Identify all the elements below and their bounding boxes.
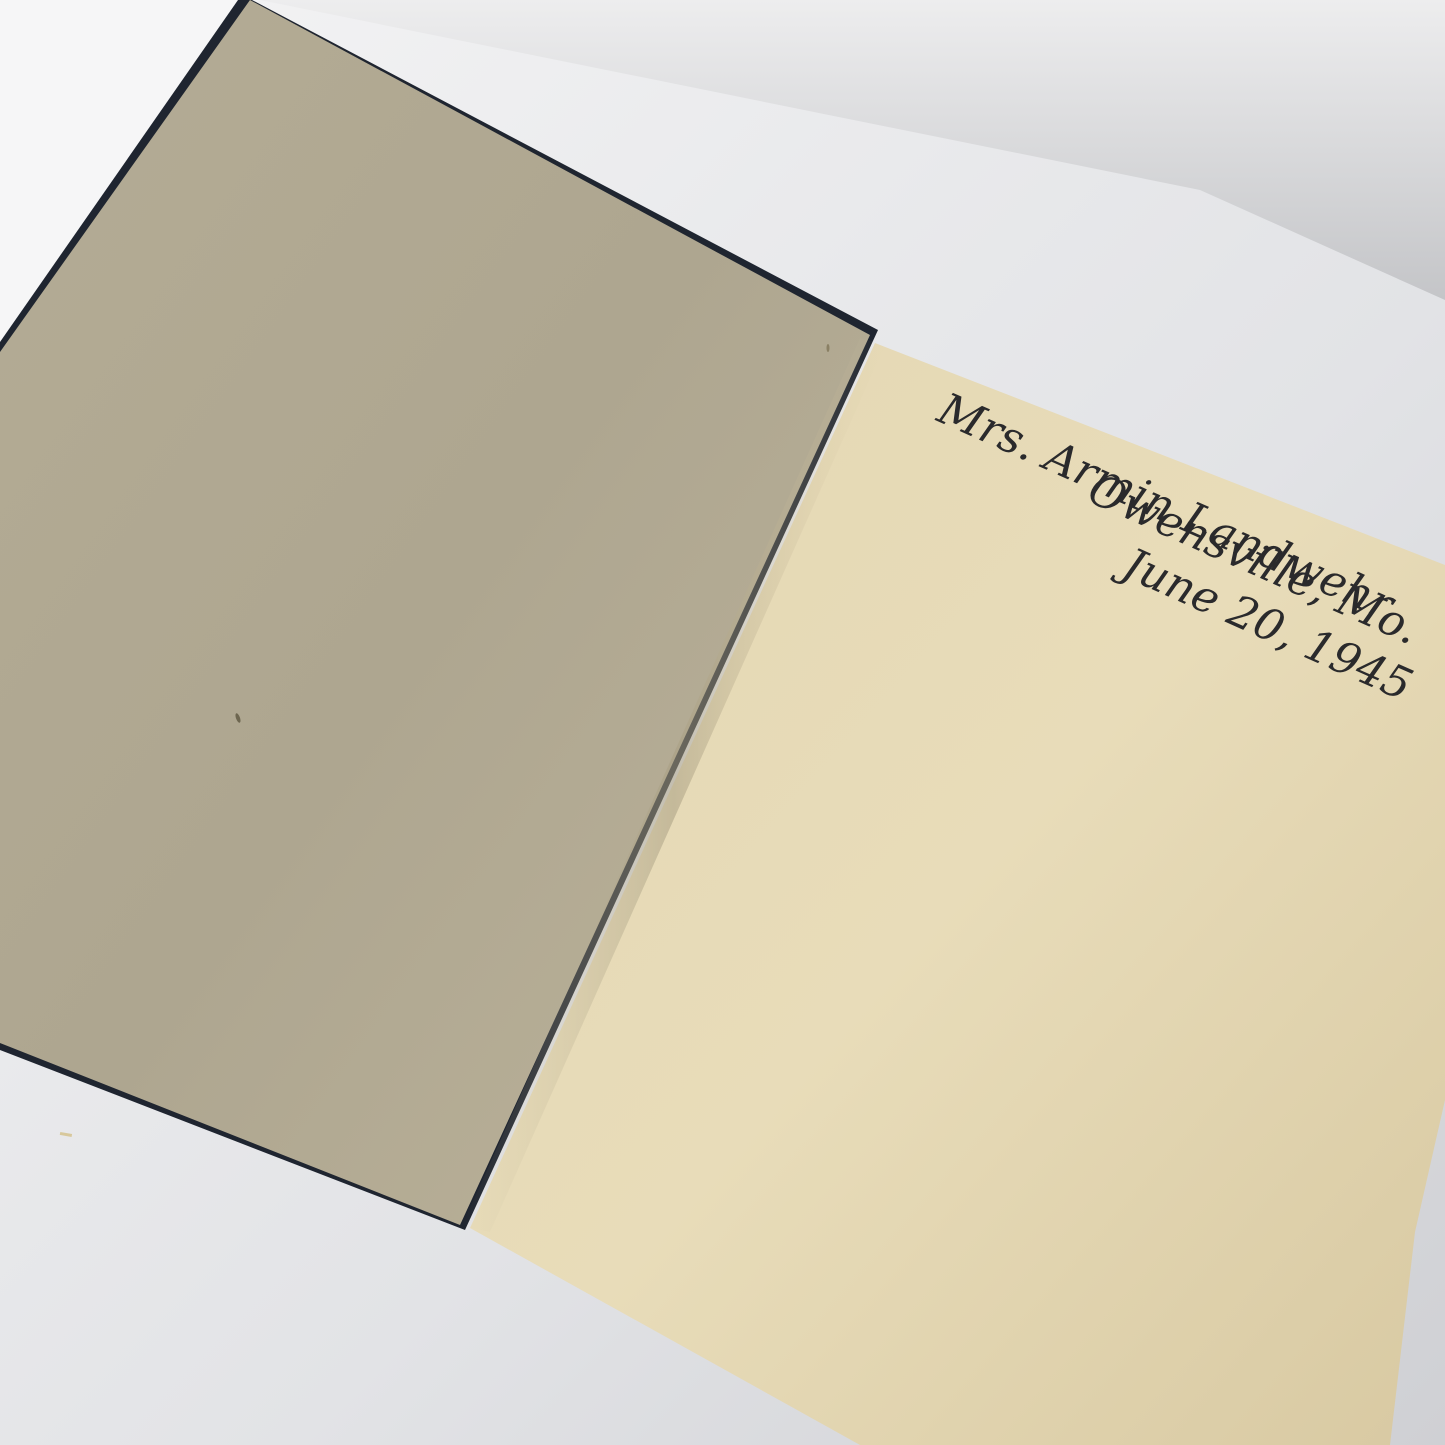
book-photo: Mrs. Armin Landwehr Owensville, Mo. June…	[0, 0, 1445, 1445]
photo-scene: Mrs. Armin Landwehr Owensville, Mo. June…	[0, 0, 1445, 1445]
paper-speck	[827, 344, 830, 352]
